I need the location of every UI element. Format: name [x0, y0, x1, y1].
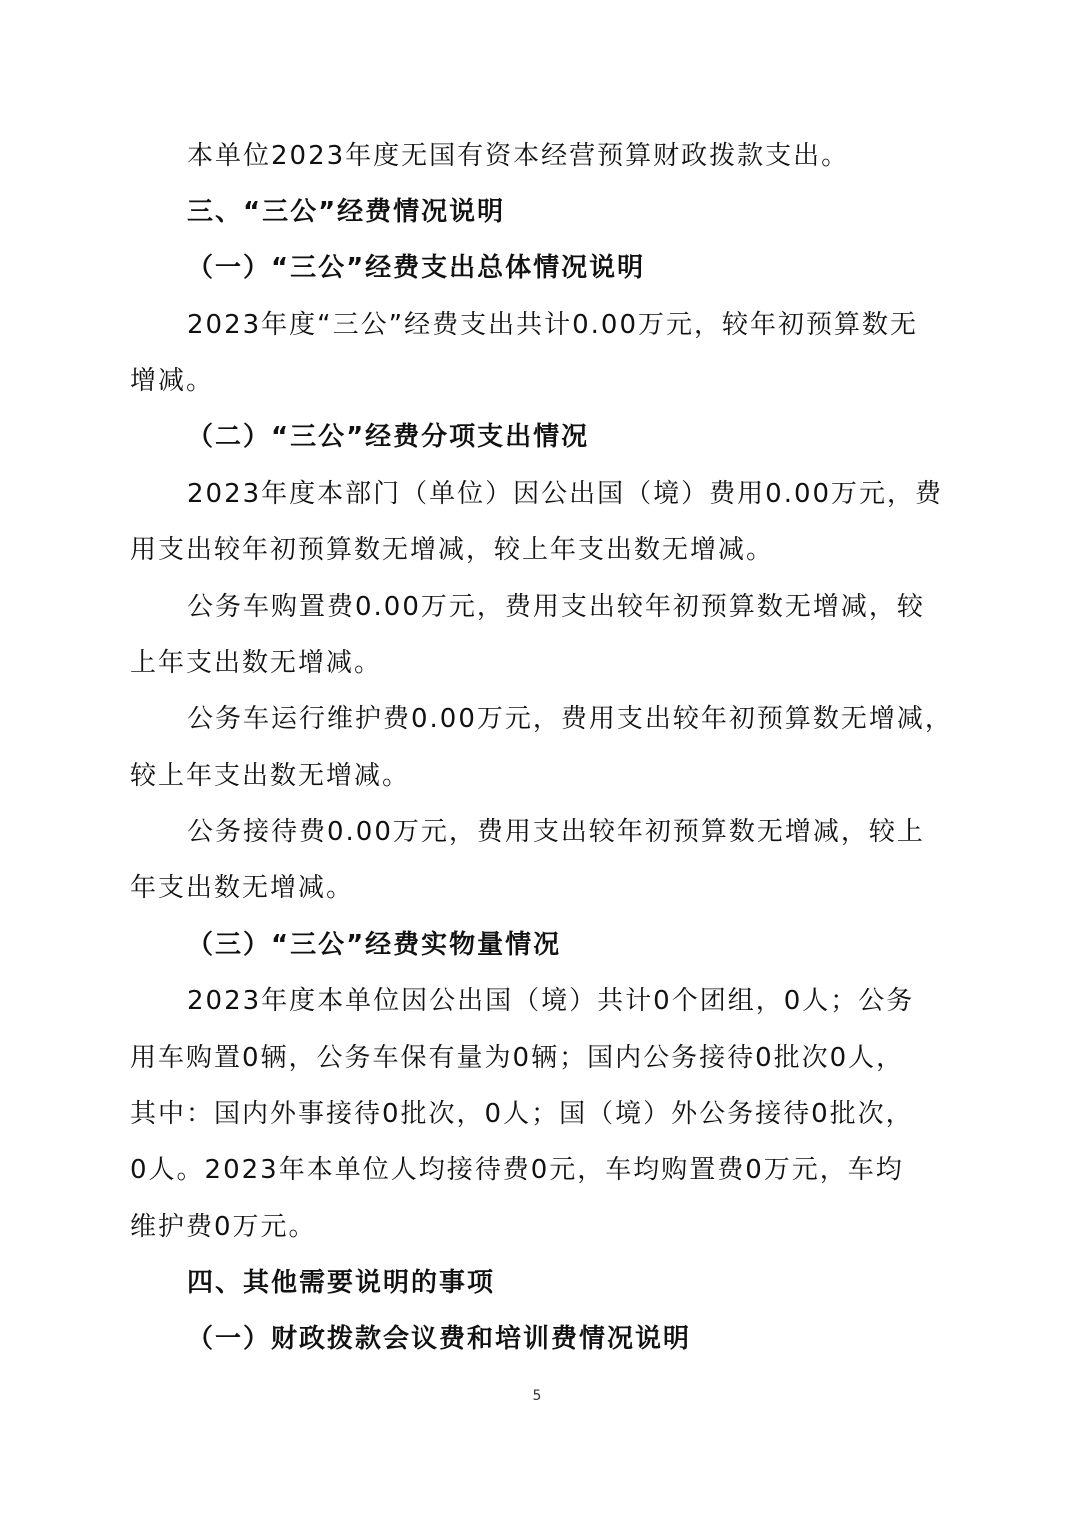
paragraph-line: 2023年度本单位因公出国（境）共计0个团组，0人；公务: [187, 985, 914, 1017]
paragraph-line: 公务车购置费0.00万元，费用支出较年初预算数无增减，较: [187, 591, 925, 623]
paragraph-line: 2023年度“三公”经费支出共计0.00万元，较年初预算数无: [187, 309, 918, 341]
paragraph-line: 公务车运行维护费0.00万元，费用支出较年初预算数无增减，: [187, 703, 953, 735]
paragraph-line: 用车购置0辆，公务车保有量为0辆；国内公务接待0批次0人，: [130, 1042, 904, 1074]
paragraph-line: 本单位2023年度无国有资本经营预算财政拨款支出。: [187, 140, 849, 172]
section-heading: （三）“三公”经费实物量情况: [187, 929, 561, 961]
section-heading: 三、“三公”经费情况说明: [187, 196, 505, 228]
page-number: 5: [0, 1388, 1074, 1404]
paragraph-line: 0人。2023年本单位人均接待费0元，车均购置费0万元，车均: [130, 1154, 904, 1186]
paragraph-line: 2023年度本部门（单位）因公出国（境）费用0.00万元，费: [187, 478, 943, 510]
paragraph-line: 较上年支出数无增减。: [130, 760, 410, 792]
paragraph-line: 增减。: [130, 365, 214, 397]
paragraph-line: 公务接待费0.00万元，费用支出较年初预算数无增减，较上: [187, 816, 925, 848]
paragraph-line: 年支出数无增减。: [130, 872, 354, 904]
paragraph-line: 用支出较年初预算数无增减，较上年支出数无增减。: [130, 534, 774, 566]
section-heading: （二）“三公”经费分项支出情况: [187, 421, 589, 453]
section-heading: 四、其他需要说明的事项: [187, 1267, 495, 1299]
section-heading: （一）财政拨款会议费和培训费情况说明: [187, 1323, 691, 1355]
paragraph-line: 上年支出数无增减。: [130, 647, 382, 679]
paragraph-line: 维护费0万元。: [130, 1211, 317, 1243]
section-heading: （一）“三公”经费支出总体情况说明: [187, 252, 645, 284]
paragraph-line: 其中：国内外事接待0批次，0人；国（境）外公务接待0批次，: [130, 1098, 914, 1130]
